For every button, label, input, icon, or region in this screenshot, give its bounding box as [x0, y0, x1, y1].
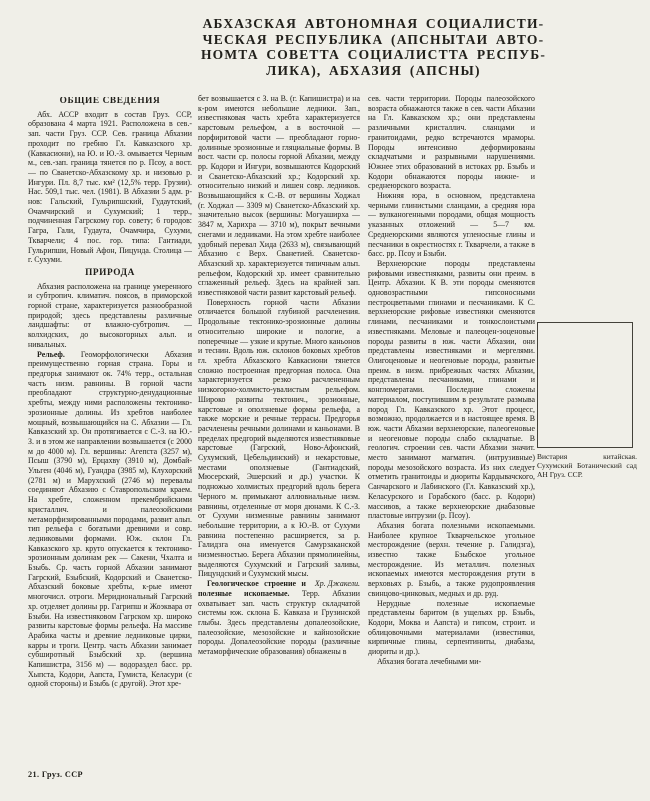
relief-lead: Рельеф.	[37, 350, 65, 359]
encyclopedia-page: АБХАЗСКАЯ АВТОНОМНАЯ СОЦИАЛИСТИ- ЧЕСКАЯ …	[0, 0, 650, 801]
text-column-2: бет возвышается с З. на В. (г. Капишистр…	[198, 94, 360, 768]
wisteria-photo	[537, 322, 633, 448]
paragraph: Абх. АССР входит в состав Груз. ССР, обр…	[28, 110, 192, 265]
page-title-line: ЧЕСКАЯ РЕСПУБЛИКА (АПСНЫТАИ АВТО-	[150, 32, 597, 48]
figure-caption: Вистария китайская. Сухумский Ботаническ…	[537, 452, 637, 480]
paragraph-text: Поверхность горной части Абхазии отличае…	[198, 298, 360, 579]
paragraph: бет возвышается с З. на В. (г. Капишистр…	[198, 94, 360, 298]
paragraph: Абхазия богата полезными ископаемыми. На…	[368, 521, 535, 599]
paragraph: Абхазия расположена на границе умеренног…	[28, 282, 192, 350]
text-column-1: ОБЩИЕ СВЕДЕНИЯ Абх. АССР входит в состав…	[28, 97, 192, 765]
paragraph-relief: Рельеф. Геоморфологически Абхазия преиму…	[28, 350, 192, 690]
page-title-line: НОМТА СОВЕТТА СОЦИАЛИСТТА РЕСПУБ-	[150, 47, 597, 63]
printers-signature-mark: 21. Груз. ССР	[28, 770, 83, 779]
page-title-line: АБХАЗСКАЯ АВТОНОМНАЯ СОЦИАЛИСТИ-	[150, 16, 597, 32]
paragraph-geology: Геологическое строение и полезные ископа…	[198, 579, 360, 657]
paragraph: Нерудные полезные ископаемые представлен…	[368, 599, 535, 657]
page-title-line: ЛИКА), АБХАЗИЯ (АПСНЫ)	[150, 63, 597, 79]
paragraph: Абхазия богата лечебными ми-	[368, 657, 535, 667]
paragraph: Нижняя юра, в основном, представлена чер…	[368, 191, 535, 259]
section-heading-general: ОБЩИЕ СВЕДЕНИЯ	[28, 97, 192, 107]
author-signature: Хр. Джакели.	[306, 579, 360, 589]
paragraph: сев. части территории. Породы палеозойск…	[368, 94, 535, 191]
text-column-3: сев. части территории. Породы палеозойск…	[368, 94, 535, 768]
paragraph-text: Геоморфологически Абхазия преимущественн…	[28, 350, 192, 689]
paragraph-text: Терр. Абхазии охватывает зап. часть стру…	[198, 589, 360, 656]
paragraph: Верхнеюрские породы представлены рифовым…	[368, 259, 535, 521]
page-title: АБХАЗСКАЯ АВТОНОМНАЯ СОЦИАЛИСТИ- ЧЕСКАЯ …	[150, 16, 597, 78]
section-heading-nature: ПРИРОДА	[28, 269, 192, 279]
paragraph: Поверхность горной части Абхазии отличае…	[198, 298, 360, 579]
